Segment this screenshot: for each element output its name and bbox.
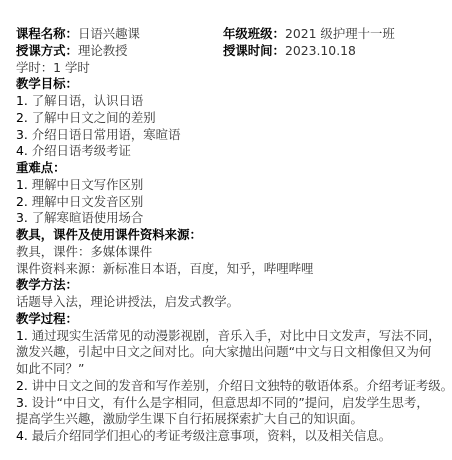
process-item-4: 4. 最后介绍同学们担心的考证考级注意事项，资料，以及相关信息。 [16, 428, 446, 445]
time-field: 授课时间：2023.10.18 [223, 43, 356, 60]
course-name-field: 课程名称：日语兴趣课 [16, 26, 223, 43]
course-name-label: 课程名称： [16, 26, 78, 41]
course-name-value: 日语兴趣课 [78, 26, 140, 41]
time-label: 授课时间： [223, 43, 285, 58]
process-item-3: 3. 设计“中日文，有什么是字相同，但意思却不同的”提问，启发学生思考， [16, 395, 446, 412]
class-label: 年级班级： [223, 26, 285, 41]
objective-item: 4. 介绍日语考级考证 [16, 143, 446, 160]
class-field: 年级班级：2021 级护理十一班 [223, 26, 395, 43]
hours-line: 学时：1 学时 [16, 60, 446, 77]
key-point-item: 2. 理解中日文发音区别 [16, 194, 446, 211]
process-item-1-cont: 如此不同？” [16, 361, 446, 378]
lesson-plan-document: 课程名称：日语兴趣课 年级班级：2021 级护理十一班 授课方式：理论教授 授课… [16, 26, 446, 445]
resources-line: 教具，课件：多媒体课件 [16, 244, 446, 261]
process-item-1: 1. 通过现实生活常见的动漫影视剧，音乐入手，对比中日文发声，写法不同， [16, 328, 446, 345]
objective-item: 1. 了解日语，认识日语 [16, 93, 446, 110]
header-row-2: 授课方式：理论教授 授课时间：2023.10.18 [16, 43, 446, 60]
methods-text: 话题导入法，理论讲授法，启发式教学。 [16, 294, 446, 311]
objective-item: 3. 介绍日语日常用语，寒暄语 [16, 127, 446, 144]
process-heading: 教学过程： [16, 311, 446, 328]
process-item-3-cont: 提高学生兴趣，激励学生课下自行拓展探索扩大自己的知识面。 [16, 411, 446, 428]
resources-line: 课件资料来源：新标准日本语，百度，知乎，哔哩哔哩 [16, 261, 446, 278]
header-row-1: 课程名称：日语兴趣课 年级班级：2021 级护理十一班 [16, 26, 446, 43]
method-label: 授课方式： [16, 43, 78, 58]
key-point-item: 3. 了解寒暄语使用场合 [16, 210, 446, 227]
methods-heading: 教学方法： [16, 277, 446, 294]
method-field: 授课方式：理论教授 [16, 43, 223, 60]
process-item-1-cont: 激发兴趣，引起中日文之间对比。向大家抛出问题“中文与日文相像但又为何 [16, 344, 446, 361]
key-point-item: 1. 理解中日文写作区别 [16, 177, 446, 194]
resources-heading: 教具，课件及使用课件资料来源： [16, 227, 446, 244]
method-value: 理论教授 [78, 43, 128, 58]
process-item-2: 2. 讲中日文之间的发音和写作差别，介绍日文独特的敬语体系。介绍考证考级。 [16, 378, 446, 395]
objectives-heading: 教学目标： [16, 76, 446, 93]
key-points-heading: 重难点： [16, 160, 446, 177]
objective-item: 2. 了解中日文之间的差别 [16, 110, 446, 127]
time-value: 2023.10.18 [285, 43, 356, 58]
class-value: 2021 级护理十一班 [285, 26, 395, 41]
